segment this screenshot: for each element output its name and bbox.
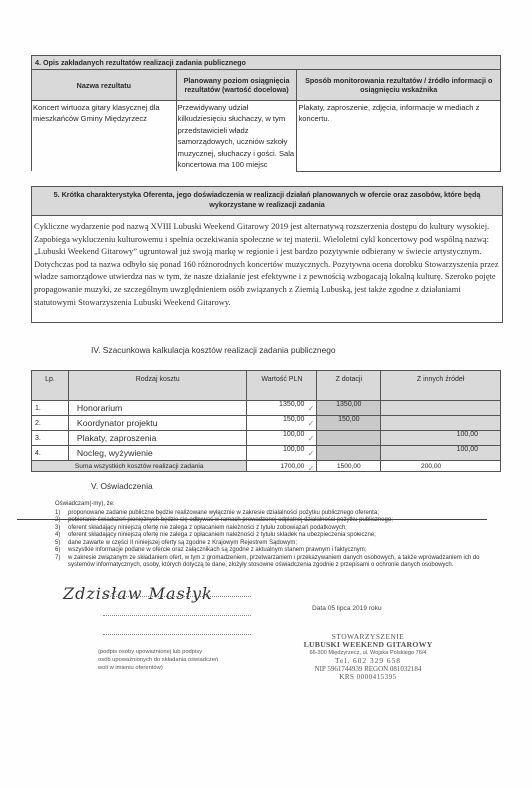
row-number: 4. (32, 446, 69, 461)
declarations: Oświadczam(-my), że: 1)proponowane zadan… (55, 501, 505, 570)
cost-type: Plakaty, zaproszenia (68, 431, 247, 446)
total-grant: 1500,00 (317, 461, 381, 472)
stamp-line: Tel. 602 329 658 (297, 657, 439, 665)
stamp-line: KRS 0000415395 (297, 673, 439, 681)
organization-stamp: STOWARZYSZENIE LUBUSKI WEEKEND GITAROWY … (297, 633, 439, 681)
grant-value: 150,00 (317, 416, 381, 431)
declaration-text: proponowane zadanie publiczne będzie rea… (68, 510, 505, 518)
column-header-grant: Z dotacji (317, 371, 381, 401)
signature-line (103, 634, 251, 635)
caption-line: woli w imieniu oferentów) (98, 664, 218, 672)
result-name-cell: Koncert wirtuoza gitary klasycznej dla m… (32, 101, 177, 172)
row-number: 1. (32, 401, 69, 416)
signature-line (103, 596, 251, 597)
check-mark-icon: ✓ (308, 404, 315, 413)
planned-level-cell: Przewidywany udział kilkudziesięciu słuc… (176, 101, 297, 172)
declaration-number: 7) (55, 555, 68, 570)
strikethrough-line (17, 519, 487, 520)
table-row: 1.Honorarium1350,00✓1350,00 (32, 401, 501, 416)
total-value: 1700,00✓ (247, 461, 317, 472)
column-header-lp: Lp. (32, 371, 69, 401)
grant-value (317, 446, 381, 461)
row-number: 3. (32, 431, 69, 446)
declaration-item: 6)wszystkie informacje podane w ofercie … (55, 547, 505, 555)
signature-line (103, 615, 251, 616)
column-header-planned-level: Planowany poziom osiągnięcia rezultatów … (176, 70, 297, 101)
section-4-title: 4. Opis zakładanych rezultatów realizacj… (32, 56, 501, 70)
column-header-result-name: Nazwa rezultatu (32, 70, 177, 101)
caption-line: osób upoważnionych do składania oświadcz… (98, 656, 218, 664)
grant-value: 1350,00 (317, 401, 381, 416)
declaration-number: 5) (55, 540, 68, 548)
column-header-other-sources: Z innych źródeł (381, 371, 501, 401)
section-v-heading: V. Oświadczenia (91, 481, 153, 491)
table-row: 2.Koordynator projektu150,00✓150,00 (32, 416, 501, 431)
cost-value: 150,00✓ (247, 416, 317, 431)
declaration-number: 1) (55, 510, 68, 518)
date-text: Data 05 lipca 2019 roku (312, 605, 382, 612)
declaration-item: 1)proponowane zadanie publiczne będzie r… (55, 510, 505, 518)
check-mark-icon: ✓ (308, 449, 315, 458)
declaration-item: 4)oferent składający niniejszą ofertę ni… (55, 532, 505, 540)
check-mark-icon: ✓ (308, 464, 315, 473)
total-other: 200,00 (381, 461, 501, 472)
cost-type: Nocleg, wyżywienie (68, 446, 247, 461)
row-number: 2. (32, 416, 69, 431)
column-header-monitoring: Sposób monitorowania rezultatów / źródło… (297, 70, 501, 101)
offeror-description-box: 5. Krótka charakterystyka Oferenta, jego… (31, 186, 503, 323)
cost-value: 1350,00✓ (247, 401, 317, 416)
check-mark-icon: ✓ (308, 419, 315, 428)
column-header-cost-type: Rodzaj kosztu (68, 371, 247, 401)
cost-value: 100,00✓ (247, 446, 317, 461)
other-sources-value: 100,00 (381, 446, 501, 461)
declarations-intro: Oświadczam(-my), że: (55, 501, 505, 509)
declaration-text: dane zawarte w części II niniejszej ofer… (68, 540, 505, 548)
signature-caption: (podpis osoby upoważnionej lub podpisy o… (98, 648, 218, 672)
check-mark-icon: ✓ (308, 434, 315, 443)
declaration-item: 5)dane zawarte w części II niniejszej of… (55, 540, 505, 548)
declaration-item: 3)oferent składający niniejszą ofertę ni… (55, 525, 505, 533)
cost-value: 100,00✓ (247, 431, 317, 446)
section-5-body: Cykliczne wydarzenie pod nazwą XVIII Lub… (32, 216, 502, 322)
declaration-number: 3) (55, 525, 68, 533)
section-5-title: 5. Krótka charakterystyka Oferenta, jego… (32, 187, 502, 216)
caption-line: (podpis osoby upoważnionej lub podpisy (98, 648, 218, 656)
grant-value (317, 431, 381, 446)
declaration-item: 7)w zakresie związanym ze składaniem ofe… (55, 555, 505, 570)
declaration-text: w zakresie związanym ze składaniem ofert… (68, 555, 505, 570)
cost-type: Honorarium (68, 401, 247, 416)
declaration-number: 6) (55, 547, 68, 555)
results-table: 4. Opis zakładanych rezultatów realizacj… (31, 55, 501, 172)
column-header-value: Wartość PLN (247, 371, 317, 401)
section-iv-heading: IV. Szacunkowa kalkulacja kosztów realiz… (91, 345, 336, 355)
stamp-line: LUBUSKI WEEKEND GITAROWY (297, 641, 439, 650)
other-sources-value: 100,00 (381, 431, 501, 446)
cost-table: Lp. Rodzaj kosztu Wartość PLN Z dotacji … (31, 370, 501, 472)
declaration-text: wszystkie informacje podane w ofercie or… (68, 547, 505, 555)
stamp-line: NIP 5961744939 REGON 081032184 (297, 665, 439, 673)
document-page: 4. Opis zakładanych rezultatów realizacj… (0, 0, 532, 788)
cost-type: Koordynator projektu (68, 416, 247, 431)
declaration-number: 4) (55, 532, 68, 540)
total-label: Suma wszystkich kosztów realizacji zadan… (32, 461, 247, 472)
other-sources-value (381, 401, 501, 416)
table-row: 4.Nocleg, wyżywienie100,00✓100,00 (32, 446, 501, 461)
monitoring-cell: Plakaty, zaproszenie, zdjęcia, informacj… (297, 101, 501, 172)
other-sources-value (381, 416, 501, 431)
handwritten-signature: Zdzisław Masłyk (63, 584, 213, 603)
declaration-text: oferent składający niniejszą ofertę nie … (68, 532, 505, 540)
declaration-text: oferent składający niniejszą ofertę nie … (68, 525, 505, 533)
table-row: 3.Plakaty, zaproszenia100,00✓100,00 (32, 431, 501, 446)
